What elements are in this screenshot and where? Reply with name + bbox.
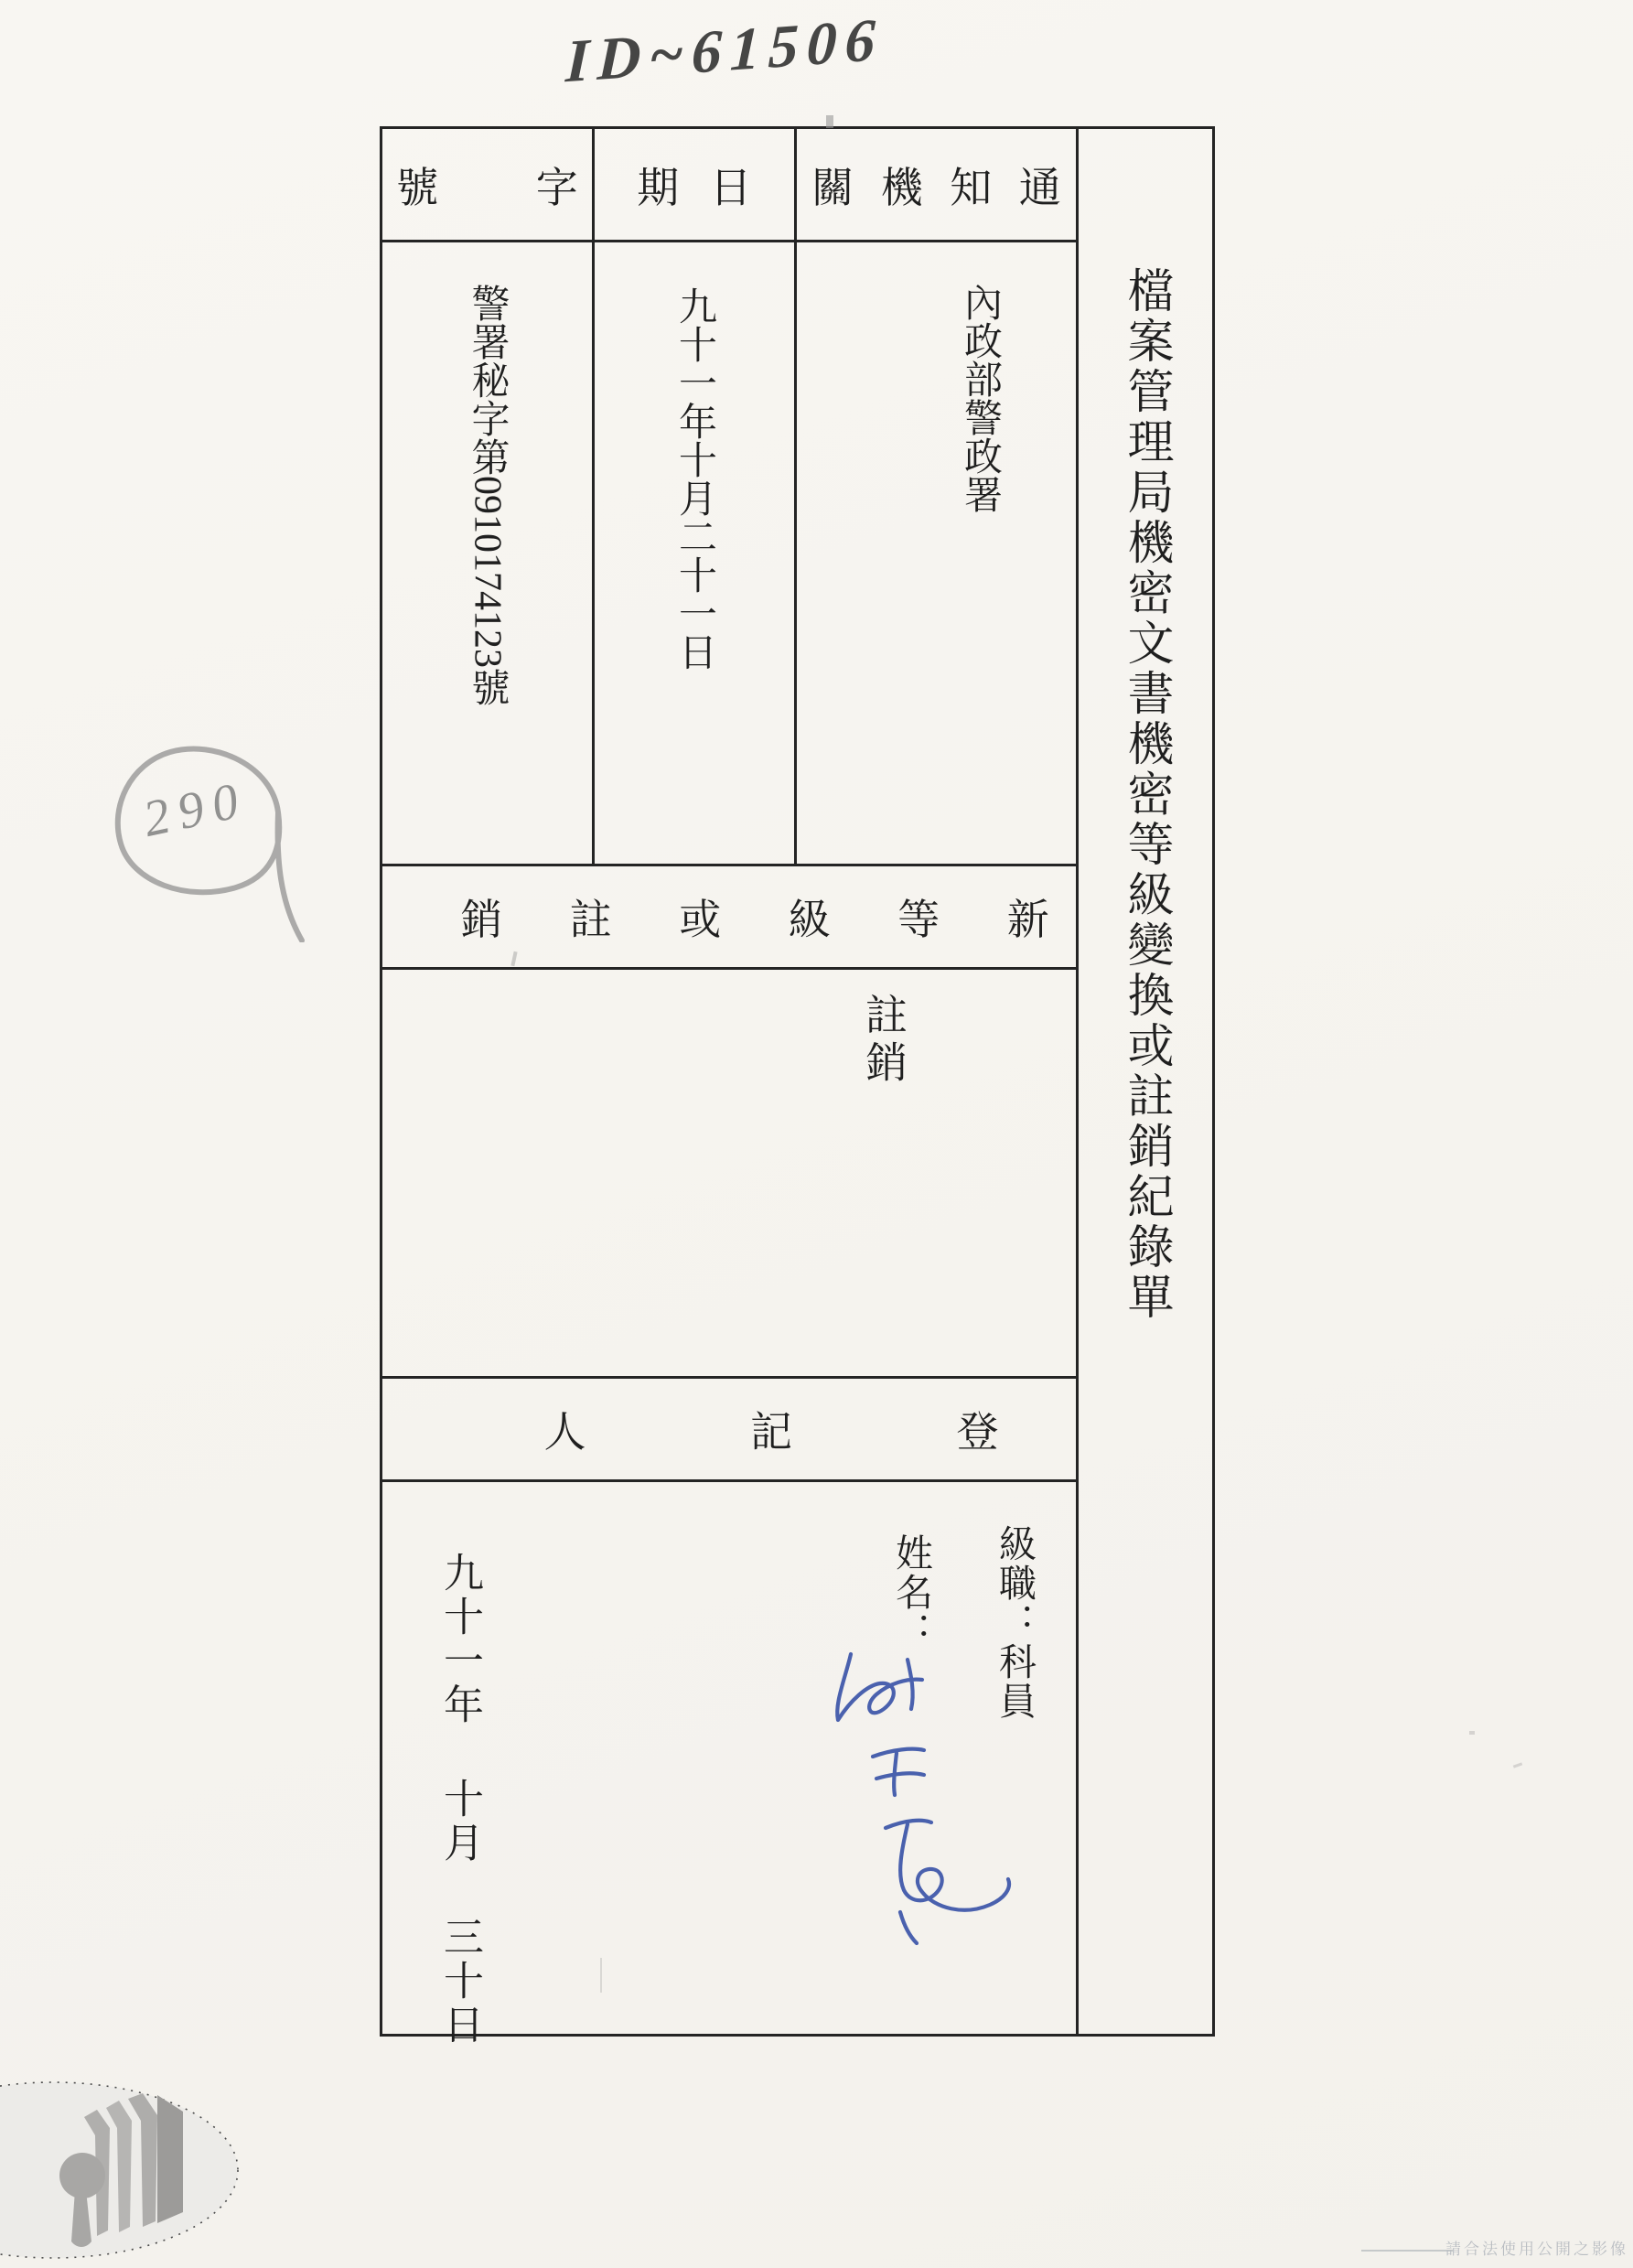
value-cell-agency: 內政部警政署 (797, 242, 1079, 866)
value-cell-number: 警署秘字第0910174123號 (382, 242, 595, 866)
scan-speck (600, 1958, 602, 1993)
form-title-column: 檔案管理局機密文書機密等級變換或註銷紀錄單 (1079, 129, 1212, 2034)
archives-logo (0, 2075, 247, 2268)
notice-date-value: 九十一年十月二十一日 (667, 242, 722, 864)
scan-speck (826, 115, 833, 128)
registrar-name-label: 姓名： (885, 1533, 939, 1651)
pencil-circle-icon (108, 732, 318, 942)
record-form-table: 號 字 期 日 關 機 知 通 警署秘字第0910174123號 九十一年十月二… (380, 126, 1215, 2037)
value-cell-new-level: 註銷 (382, 970, 1079, 1379)
handwritten-id-annotation: ID~61506 (564, 5, 885, 98)
scanned-document-page: ID~61506 290 號 字 期 日 關 機 知 通 警署秘字第091017… (0, 0, 1633, 2268)
header-cell-registrar: 人 記 登 (382, 1379, 1079, 1482)
header-cell-date: 期 日 (595, 129, 797, 242)
scan-speck (1513, 1762, 1522, 1768)
form-title: 檔案管理局機密文書機密等級變換或註銷紀錄單 (1112, 129, 1179, 2034)
header-cell-number: 號 字 (382, 129, 595, 242)
registration-date: 九十一年 十月 三十日 (430, 1552, 489, 2048)
header-cell-agency: 關 機 知 通 (797, 129, 1079, 242)
date-column-label: 期 日 (595, 129, 794, 240)
watermark-line (1361, 2250, 1453, 2252)
number-column-label: 號 字 (382, 129, 592, 240)
registrar-signature (820, 1639, 1035, 1955)
circled-page-number: 290 (108, 732, 318, 942)
new-level-label: 銷 註 或 級 等 新 (434, 866, 1076, 967)
cancellation-value: 註銷 (853, 993, 913, 1088)
registrar-detail-cell: 級職：科員 姓名： 九十一年 十月 三十日 (382, 1482, 1079, 2034)
value-cell-date: 九十一年十月二十一日 (595, 242, 797, 866)
scan-speck (1469, 1731, 1475, 1735)
signature-ink-icon (820, 1639, 1035, 1955)
registrar-label: 人 記 登 (467, 1379, 1076, 1479)
header-cell-new-level: 銷 註 或 級 等 新 (382, 866, 1079, 970)
document-number-value: 警署秘字第0910174123號 (460, 242, 515, 864)
archives-book-icon (0, 2075, 247, 2268)
notifying-agency-value: 內政部警政署 (952, 283, 1007, 513)
agency-column-label: 關 機 知 通 (797, 129, 1076, 240)
legal-use-watermark: 請合法使用公開之影像 (1445, 2236, 1628, 2259)
